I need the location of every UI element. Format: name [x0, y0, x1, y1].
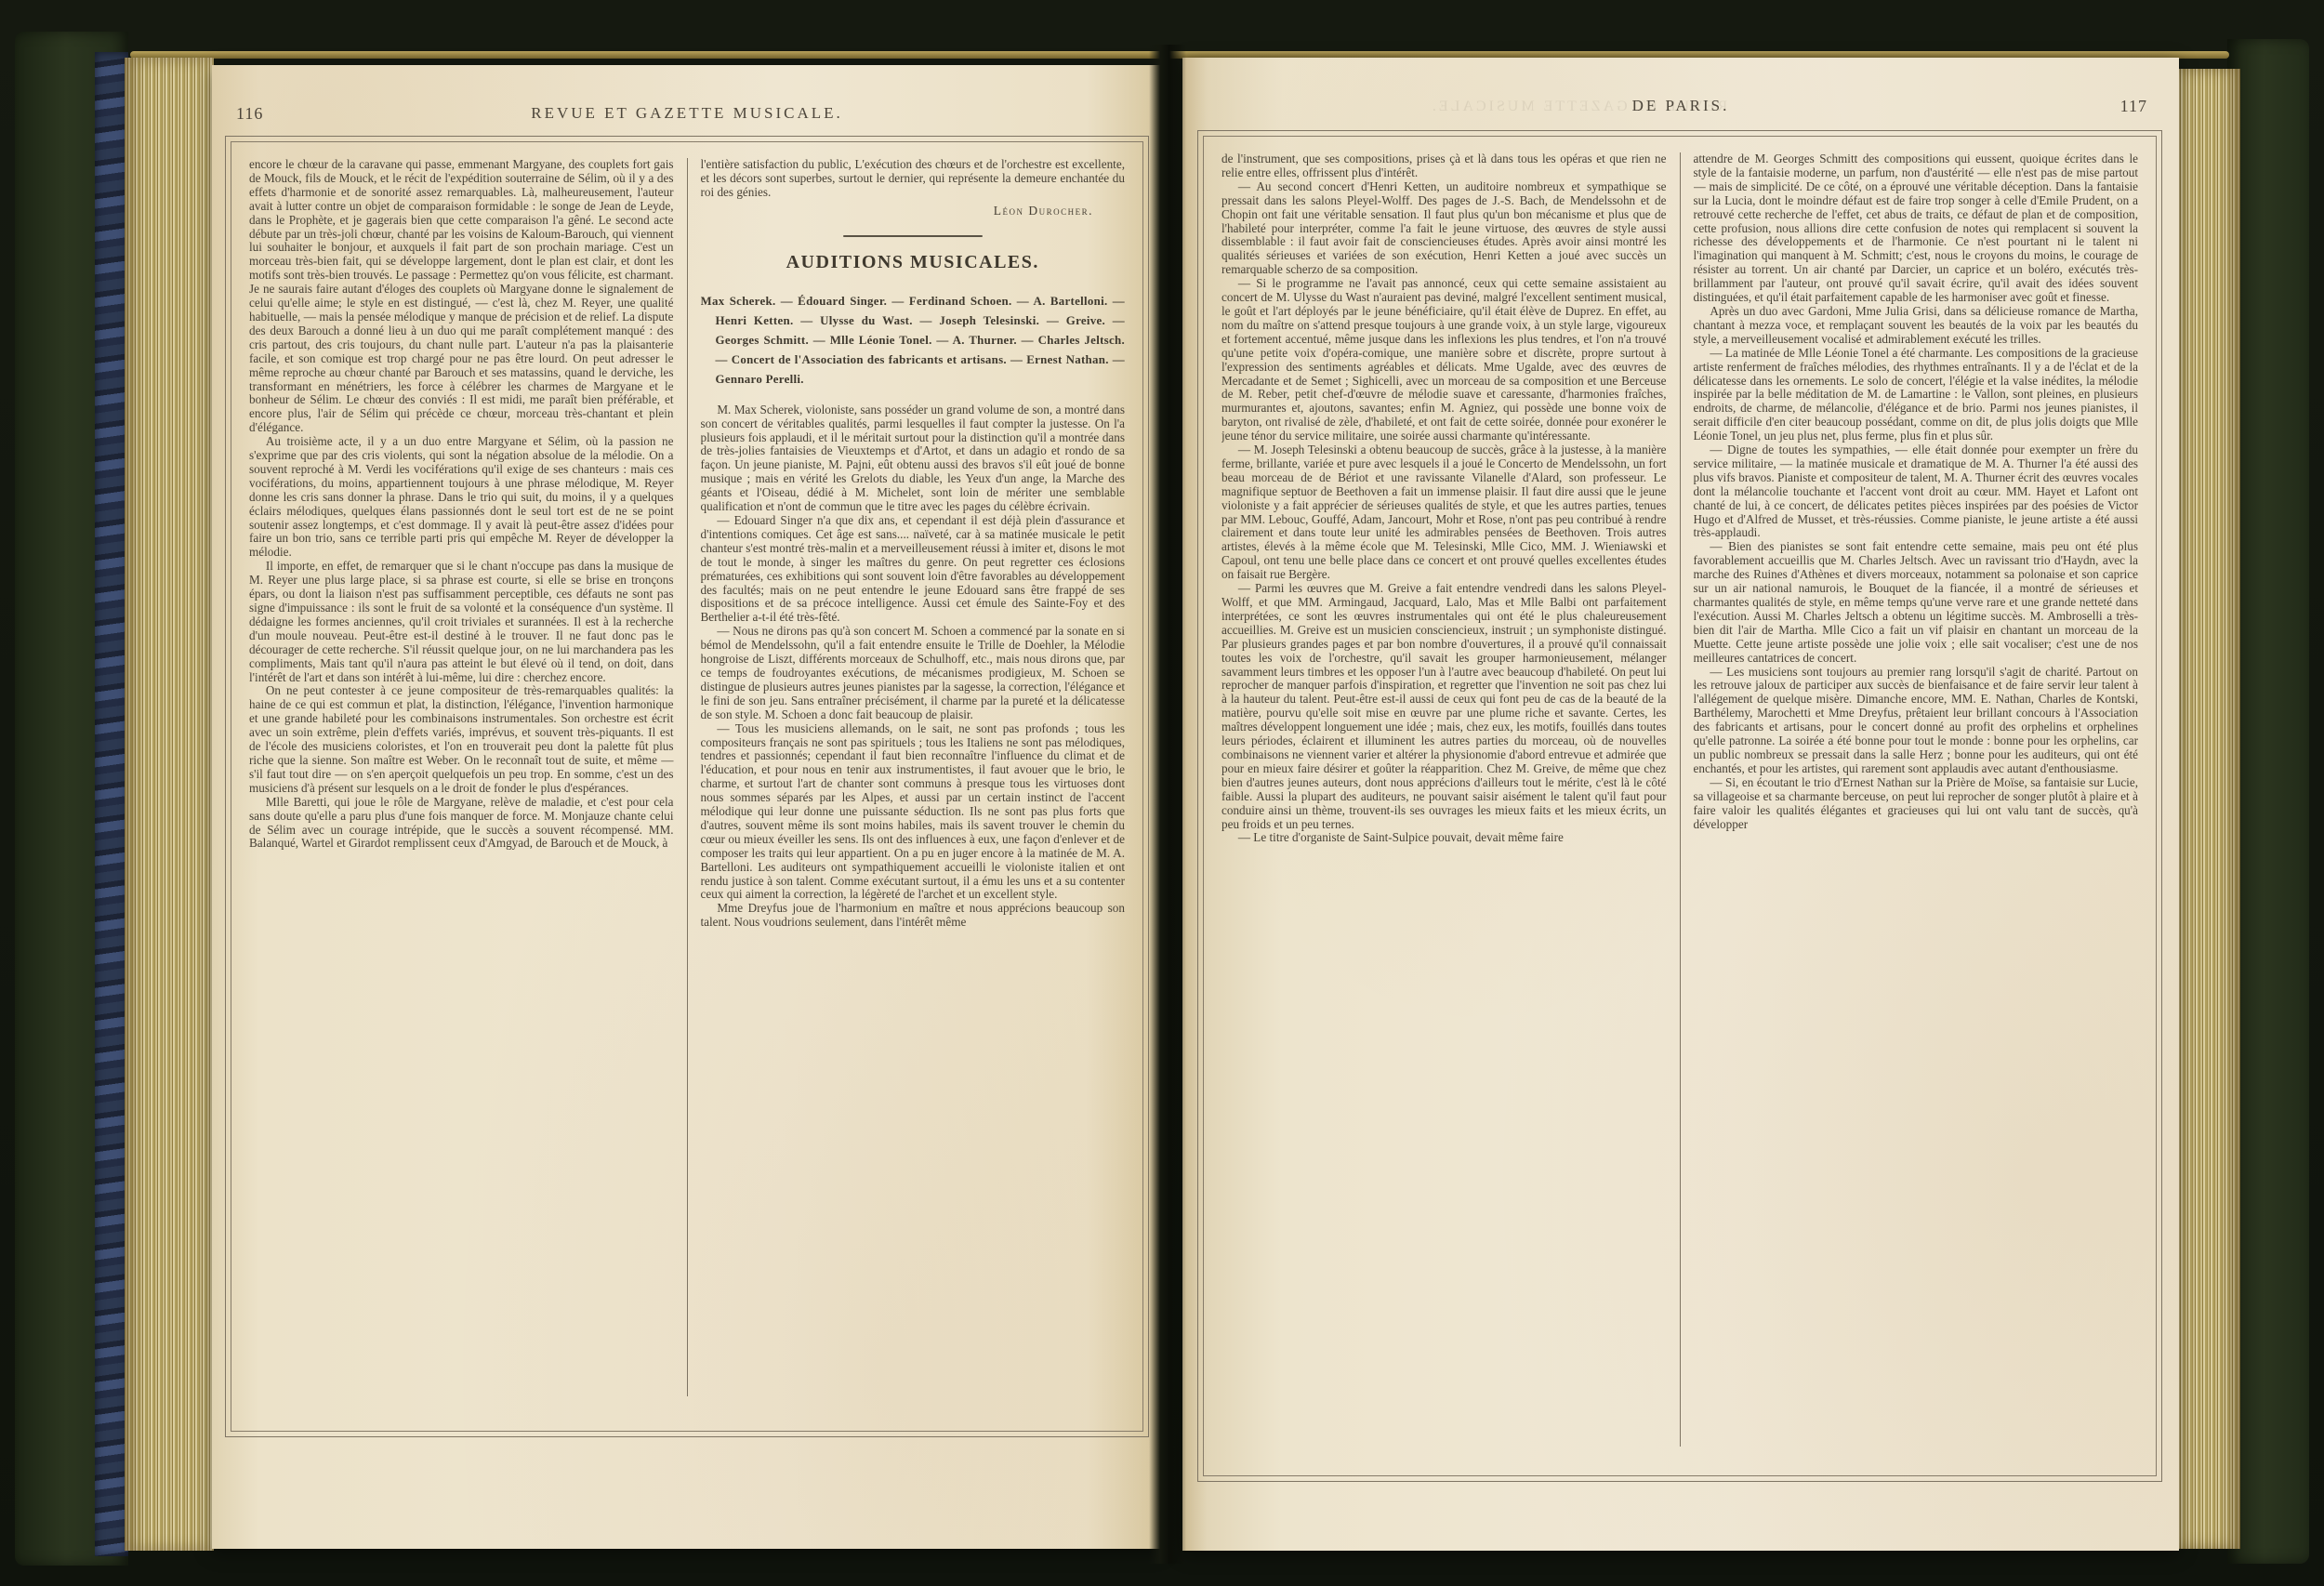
text-column-4: attendre de M. Georges Schmitt des compo…	[1694, 152, 2139, 1447]
paragraph: — Le titre d'organiste de Saint-Sulpice …	[1221, 831, 1667, 845]
paragraph: — M. Joseph Telesinski a obtenu beaucoup…	[1221, 443, 1667, 582]
spine-gutter-shadow	[1149, 45, 1186, 1564]
gilt-page-edges-right	[2177, 69, 2240, 1549]
paragraph: Après un duo avec Gardoni, Mme Julia Gri…	[1694, 305, 2139, 347]
paragraph: de l'instrument, que ses compositions, p…	[1221, 152, 1667, 180]
column-divider-rule	[1680, 152, 1681, 1447]
running-title: REVUE ET GAZETTE MUSICALE.	[212, 104, 1162, 123]
paragraph: — Si, en écoutant le trio d'Ernest Natha…	[1694, 776, 2139, 832]
paragraph: encore le chœur de la caravane qui passe…	[249, 158, 674, 435]
paragraph: Mlle Baretti, qui joue le rôle de Margya…	[249, 796, 674, 852]
paragraph: — Les musiciens sont toujours au premier…	[1694, 666, 2139, 776]
paragraph: l'entière satisfaction du public, L'exéc…	[701, 158, 1126, 200]
page-number: 117	[2120, 97, 2147, 116]
paragraph: M. Max Scherek, violoniste, sans posséde…	[701, 403, 1126, 514]
text-frame: encore le chœur de la caravane qui passe…	[225, 136, 1149, 1437]
concert-names-list: Max Scherek. — Édouard Singer. — Ferdina…	[701, 292, 1126, 390]
paragraph: — Bien des pianistes se sont fait entend…	[1694, 540, 2139, 665]
gilt-page-edges-left	[125, 58, 214, 1551]
paragraph: On ne peut contester à ce jeune composit…	[249, 684, 674, 795]
column-divider-rule	[687, 158, 688, 1396]
paragraph: attendre de M. Georges Schmitt des compo…	[1694, 152, 2139, 305]
page-117: REVUE ET GAZETTE MUSICALE. DE PARIS. 117…	[1182, 58, 2179, 1551]
page-header: REVUE ET GAZETTE MUSICALE. DE PARIS. 117	[1182, 97, 2179, 123]
book-spread: 116 REVUE ET GAZETTE MUSICALE. encore le…	[0, 0, 2324, 1586]
text-column-3: de l'instrument, que ses compositions, p…	[1221, 152, 1667, 1447]
paragraph: — Edouard Singer n'a que dix ans, et cep…	[701, 514, 1126, 625]
author-signature: Léon Durocher.	[701, 200, 1126, 218]
running-title: DE PARIS.	[1182, 97, 2179, 115]
text-frame: de l'instrument, que ses compositions, p…	[1197, 130, 2162, 1482]
paragraph: Au troisième acte, il y a un duo entre M…	[249, 435, 674, 560]
text-column-1: encore le chœur de la caravane qui passe…	[249, 158, 674, 1396]
paragraph: — La matinée de Mlle Léonie Tonel a été …	[1694, 347, 2139, 443]
paragraph: — Tous les musiciens allemands, on le sa…	[701, 722, 1126, 903]
paragraph: — Parmi les œuvres que M. Greive a fait …	[1221, 582, 1667, 831]
paragraph: — Nous ne dirons pas qu'à son concert M.…	[701, 625, 1126, 721]
section-divider-rule	[843, 235, 983, 238]
paragraph: Il importe, en effet, de remarquer que s…	[249, 560, 674, 684]
paragraph: Mme Dreyfus joue de l'harmonium en maîtr…	[701, 902, 1126, 930]
text-column-2: l'entière satisfaction du public, L'exéc…	[701, 158, 1126, 1396]
section-heading: AUDITIONS MUSICALES.	[701, 252, 1126, 273]
marbled-fore-edge	[95, 52, 128, 1556]
paragraph: — Au second concert d'Henri Ketten, un a…	[1221, 180, 1667, 277]
page-116: 116 REVUE ET GAZETTE MUSICALE. encore le…	[212, 65, 1162, 1549]
page-header: 116 REVUE ET GAZETTE MUSICALE.	[212, 104, 1162, 130]
paragraph: — Digne de toutes les sympathies, — elle…	[1694, 443, 2139, 540]
paragraph: — Si le programme ne l'avait pas annoncé…	[1221, 277, 1667, 443]
